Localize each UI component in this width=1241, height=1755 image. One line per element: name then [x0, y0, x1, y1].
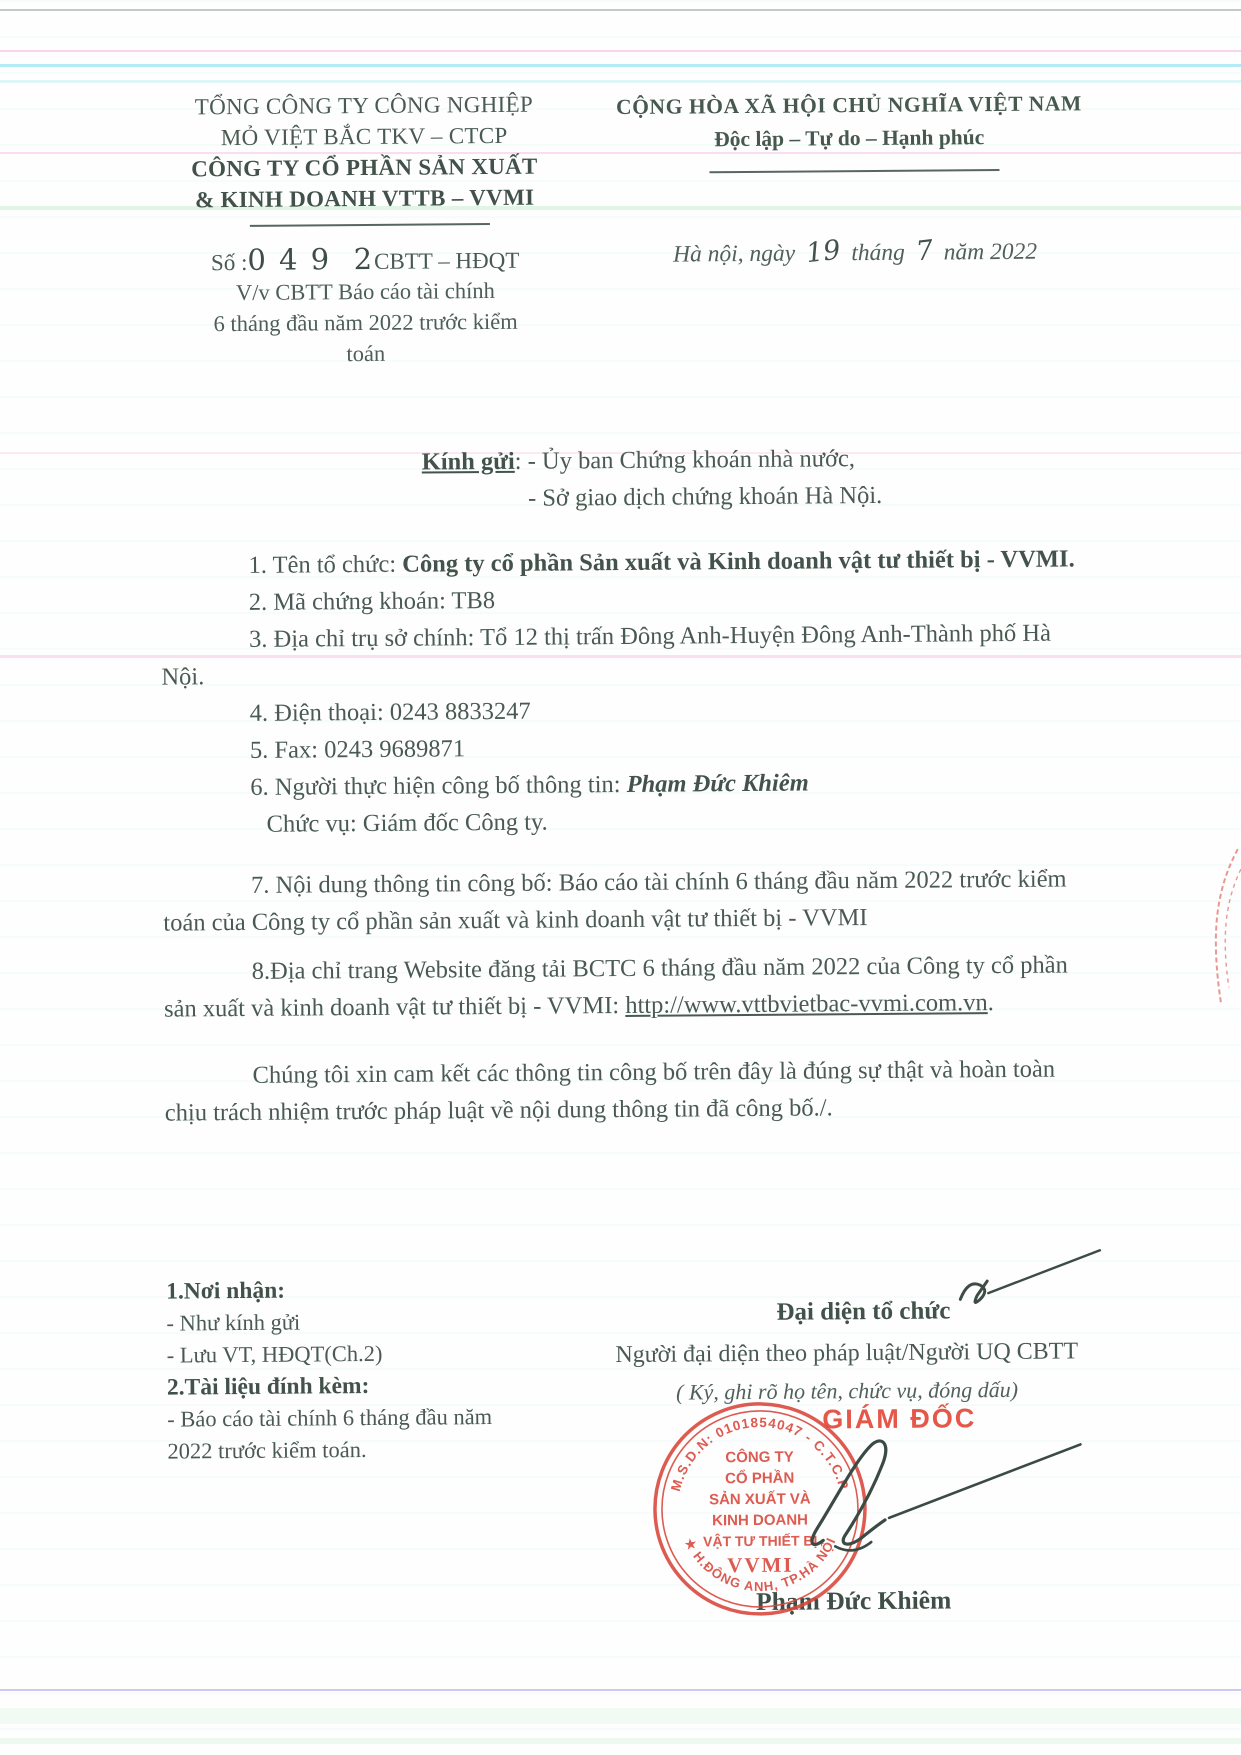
item-8: 8.Địa chỉ trang Website đăng tải BCTC 6 … — [164, 946, 1082, 1027]
stamp-center-line-6: VVMI — [727, 1553, 794, 1578]
recipients-attachments-block: 1.Nơi nhận: - Như kính gửi - Lưu VT, HĐQ… — [166, 1273, 512, 1468]
attachments-heading: 2.Tài liệu đính kèm: — [167, 1369, 512, 1404]
stamp-center-line-4: KINH DOANH — [712, 1512, 808, 1530]
document-number-handwritten-digits: 0 4 9 2 — [247, 242, 374, 277]
item-6-role: Chức vụ: Giám đốc Công ty. — [266, 799, 1079, 842]
document-page: TỔNG CÔNG TY CÔNG NGHIỆP MỎ VIỆT BẮC TKV… — [0, 0, 1241, 1755]
stamp-center-line-5: VẬT TƯ THIẾT BỊ — [703, 1531, 817, 1549]
national-header-block: CỘNG HÒA XÃ HỘI CHỦ NGHĨA VIỆT NAM Độc l… — [609, 91, 1089, 153]
issuer-block: TỔNG CÔNG TY CÔNG NGHIỆP MỎ VIỆT BẮC TKV… — [149, 88, 580, 215]
letter-body: Kính gửi: - Ủy ban Chứng khoán nhà nước,… — [160, 438, 1082, 1131]
salutation-sep: : — [515, 448, 528, 475]
issuer-parent-line1: TỔNG CÔNG TY CÔNG NGHIỆP — [149, 88, 579, 122]
recipients-heading: 1.Nơi nhận: — [166, 1273, 511, 1308]
subject-line1: V/v CBTT Báo cáo tài chính — [150, 274, 580, 308]
item-1-value: Công ty cổ phần Sản xuất và Kinh doanh v… — [402, 545, 1075, 577]
salutation: Kính gửi: - Ủy ban Chứng khoán nhà nước,… — [422, 438, 1078, 517]
recipient-2: - Sở giao dịch chứng khoán Hà Nội. — [528, 475, 1077, 516]
document-number-suffix: CBTT – HĐQT — [374, 248, 519, 274]
item-1: 1. Tên tổ chức: Công ty cổ phần Sản xuất… — [160, 540, 1077, 584]
commitment-paragraph: Chúng tôi xin cam kết các thông tin công… — [164, 1050, 1082, 1131]
attachment-item-line1: - Báo cáo tài chính 6 tháng đầu năm — [167, 1401, 512, 1436]
stamp-center-line-3: SẢN XUẤT VÀ — [709, 1491, 811, 1509]
document-number-label: Số : — [211, 250, 248, 275]
item-8-website-url: http://www.vttbvietbac-vvmi.com.vn — [625, 989, 988, 1019]
motto-underline — [709, 169, 999, 173]
representative-subtitle: Người đại diện theo pháp luật/Người UQ C… — [527, 1338, 1167, 1370]
recipients-item-2: - Lưu VT, HĐQT(Ch.2) — [167, 1337, 512, 1372]
signature-ink — [804, 1418, 1105, 1575]
date-line: Hà nội, ngày 19 tháng 7 năm 2022 — [620, 234, 1090, 269]
edge-stamp-fragment — [1208, 847, 1241, 1007]
date-month-handwritten: 7 — [914, 235, 935, 268]
edge-stamp-svg — [1208, 847, 1241, 1007]
issuer-parent-line2: MỎ VIỆT BẮC TKV – CTCP — [149, 119, 579, 153]
date-mid: tháng — [851, 240, 905, 266]
salutation-label: Kính gửi — [422, 448, 515, 476]
handwritten-mark — [948, 1240, 1114, 1316]
issuer-company-line1: CÔNG TY CỔ PHẦN SẢN XUẤT — [149, 150, 579, 184]
handwritten-mark-svg — [948, 1240, 1114, 1316]
attachment-item-line2: 2022 trước kiểm toán. — [167, 1433, 512, 1468]
item-6-label: 6. Người thực hiện công bố thông tin: — [250, 771, 627, 801]
item-3: 3. Địa chỉ trụ sở chính: Tổ 12 thị trấn … — [161, 614, 1079, 695]
date-prefix: Hà nội, ngày — [673, 241, 795, 268]
item-8-period: . — [988, 989, 994, 1016]
document-subject: V/v CBTT Báo cáo tài chính 6 tháng đầu n… — [150, 274, 581, 370]
item-6-discloser-name: Phạm Đức Khiêm — [627, 770, 809, 798]
issuer-company-line2: & KINH DOANH VTTB – VVMI — [150, 181, 580, 215]
item-7: 7. Nội dung thông tin công bố: Báo cáo t… — [163, 860, 1081, 941]
national-title: CỘNG HÒA XÃ HỘI CHỦ NGHĨA VIỆT NAM — [609, 91, 1089, 120]
document-number: Số :0 4 9 2CBTT – HĐQT — [150, 240, 580, 277]
subject-line2: 6 tháng đầu năm 2022 trước kiểm — [151, 305, 581, 339]
date-suffix: năm 2022 — [944, 239, 1038, 266]
subject-line3: toán — [151, 336, 581, 370]
national-motto: Độc lập – Tự do – Hạnh phúc — [609, 124, 1089, 153]
stamp-center-line-2: CỔ PHẦN — [725, 1469, 794, 1488]
recipient-1: - Ủy ban Chứng khoán nhà nước, — [528, 445, 856, 475]
signature-svg — [804, 1418, 1105, 1575]
issuer-underline — [250, 223, 490, 227]
date-day-handwritten: 19 — [804, 235, 842, 270]
recipients-item-1: - Như kính gửi — [166, 1305, 511, 1340]
stamp-center-line-1: CÔNG TY — [725, 1448, 793, 1467]
item-1-label: 1. Tên tổ chức: — [248, 551, 402, 579]
